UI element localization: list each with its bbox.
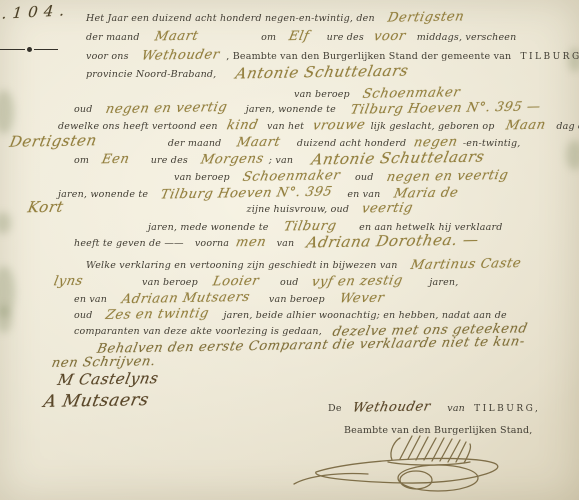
printed-text: dag den bbox=[556, 121, 579, 132]
act-line-12: Kort zijne huisvrouw, oud veertig bbox=[28, 197, 413, 213]
act-number: . 1 0 4 . bbox=[2, 2, 65, 18]
official-signature-flourish bbox=[288, 428, 550, 498]
handwritten-text: Kort bbox=[26, 198, 65, 217]
printed-text: der maand bbox=[86, 32, 140, 43]
act-line-2: der maand Maart om Elf ure des voor midd… bbox=[86, 25, 516, 41]
act-number-text: . 1 0 4 . bbox=[1, 1, 66, 22]
act-line-3: voor ons Wethouder , Beambte van den Bur… bbox=[86, 44, 579, 60]
handwritten-text: voor bbox=[373, 29, 408, 45]
act-line-18: oud Zes en twintig jaren, beide alhier w… bbox=[74, 303, 507, 319]
printed-text: De bbox=[328, 403, 342, 414]
act-line-16: lyns van beroep Looier oud vyf en zestig… bbox=[54, 270, 458, 286]
act-line-19: comparanten van deze akte voorlezing is … bbox=[74, 319, 527, 335]
act-line-14: heeft te geven de —— voorna men van Adri… bbox=[74, 231, 479, 247]
signature-text: M Castelyns bbox=[56, 369, 160, 389]
divider-ornament bbox=[0, 48, 58, 51]
handwritten-text: men bbox=[235, 235, 268, 251]
printed-text: , Beambte van den Burgerlijken Stand der… bbox=[226, 51, 511, 62]
act-line-15: Welke verklaring en vertooning zijn gesc… bbox=[86, 253, 521, 269]
printed-text: van bbox=[447, 403, 465, 414]
printed-text: zijne huisvrouw, oud bbox=[247, 204, 350, 215]
act-line-5: van beroep Schoenmaker bbox=[294, 82, 460, 98]
handwritten-text: Een bbox=[101, 152, 131, 167]
printed-text: Het Jaar een duizend acht honderd negen-… bbox=[86, 13, 375, 24]
signature-text: A Mutsaers bbox=[42, 390, 151, 412]
official-signature bbox=[288, 428, 550, 500]
act-line-20: Behalven den eerste Comparant die verkla… bbox=[98, 334, 524, 350]
handwritten-text: Elf bbox=[288, 29, 311, 44]
printed-text: van bbox=[277, 238, 295, 249]
printed-text: TILBURG, bbox=[520, 52, 579, 62]
printed-text: voor ons bbox=[86, 51, 129, 62]
divider-bar bbox=[34, 49, 59, 51]
printed-text: TILBURG, bbox=[474, 404, 540, 414]
closing-line-1: De Wethouder van TILBURG, bbox=[328, 396, 540, 412]
divider-bar bbox=[0, 49, 25, 51]
act-line-6: oud negen en veertig jaren, wonende te T… bbox=[74, 97, 540, 113]
act-line-21: nen Schrijven. bbox=[52, 351, 155, 367]
handwritten-text: Adriana Dorothea. — bbox=[305, 231, 481, 252]
ink-bleed bbox=[566, 140, 579, 170]
handwritten-text: Dertigsten bbox=[386, 9, 465, 25]
ink-bleed bbox=[0, 90, 14, 134]
printed-text: jaren, bbox=[429, 277, 458, 288]
printed-text: om bbox=[261, 32, 276, 43]
handwritten-text: Behalven den eerste Comparant die verkla… bbox=[96, 334, 527, 356]
printed-text: ure des bbox=[327, 32, 364, 43]
witness-signature-1: M Castelyns bbox=[58, 369, 158, 385]
act-line-10: van beroep Schoenmaker oud negen en veer… bbox=[174, 165, 508, 181]
act-line-4: provincie Noord-Braband, Antonie Schutte… bbox=[86, 62, 408, 78]
act-line-13: jaren, mede wonende te Tilburg en aan he… bbox=[148, 215, 503, 231]
witness-signature-2: A Mutsaers bbox=[44, 391, 149, 407]
divider-dot bbox=[27, 47, 32, 52]
printed-text: voorna bbox=[195, 238, 229, 249]
ink-bleed bbox=[0, 212, 11, 234]
handwritten-text: Maart bbox=[153, 29, 199, 45]
act-line-17: en van Adriaan Mutsaers van beroep Wever bbox=[74, 287, 384, 303]
birth-record-document: . 1 0 4 . Het Jaar een duizend acht hond… bbox=[0, 0, 579, 500]
printed-text: middags, verscheen bbox=[417, 32, 517, 43]
ink-bleed bbox=[0, 305, 12, 333]
act-line-9: om Een ure des Morgens ; van Antonie Sch… bbox=[74, 148, 484, 164]
act-line-7: dewelke ons heeft vertoond een kind van … bbox=[58, 114, 579, 130]
printed-text: om bbox=[74, 155, 89, 166]
printed-text: provincie Noord-Braband, bbox=[86, 69, 216, 80]
handwritten-text: Antonie Schuttelaars bbox=[233, 61, 409, 82]
printed-text: heeft te geven de —— bbox=[74, 238, 184, 249]
act-line-8: Dertigsten der maand Maart duizend acht … bbox=[10, 131, 521, 147]
act-line-1: Het Jaar een duizend acht honderd negen-… bbox=[86, 6, 464, 22]
handwritten-text: Wethouder bbox=[351, 399, 432, 415]
act-line-11: jaren, wonende te Tilburg Hoeven N°. 395… bbox=[58, 182, 458, 198]
